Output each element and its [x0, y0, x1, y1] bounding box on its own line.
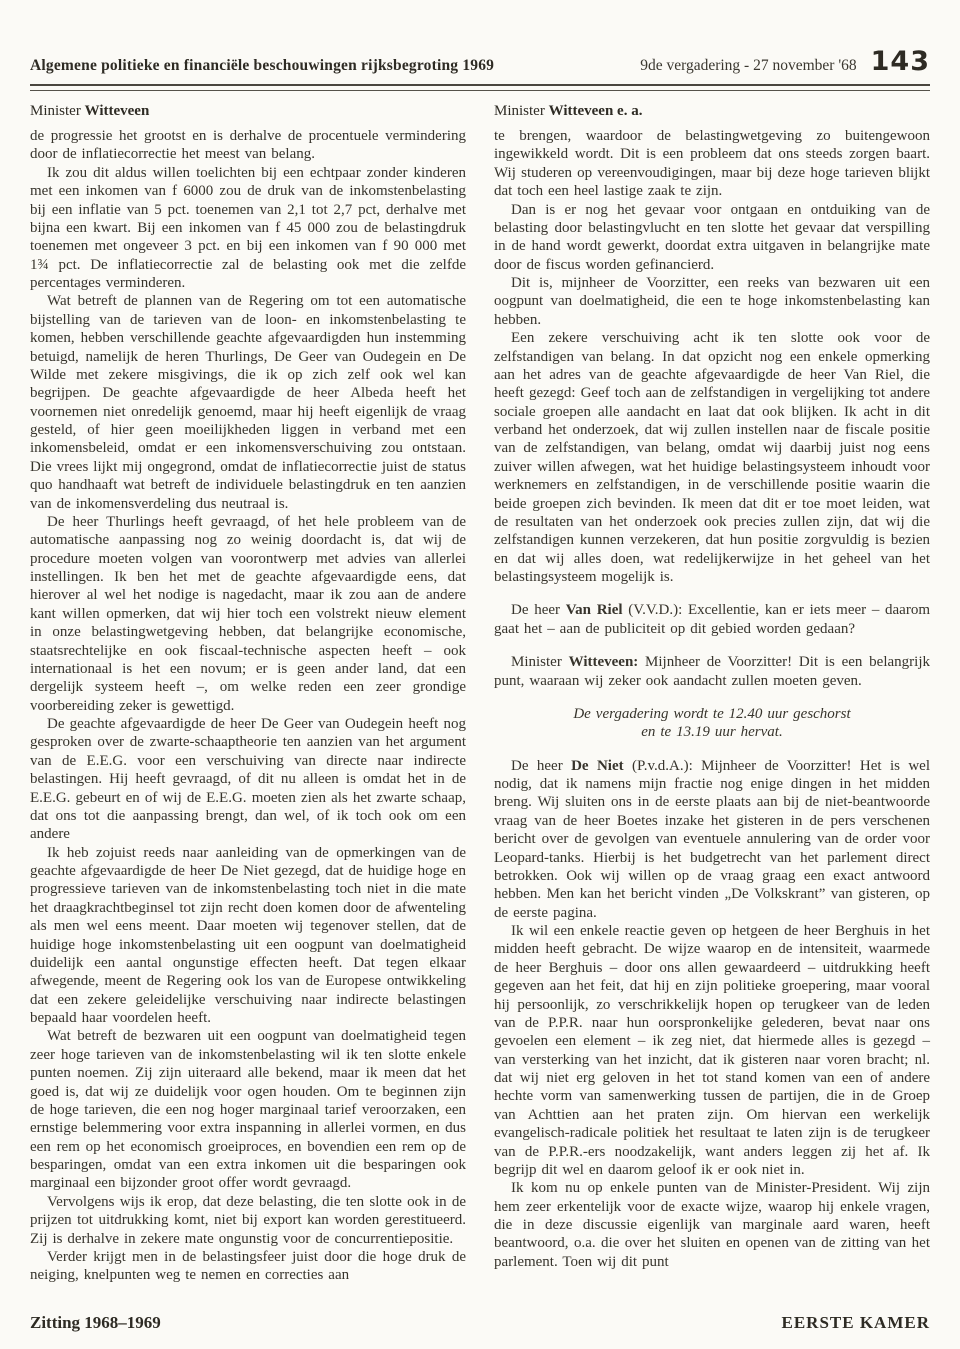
column-left: Minister Witteveen de progressie het gro… [30, 103, 466, 1285]
column-left-body: de progressie het grootst en is derhalve… [30, 127, 466, 1285]
paragraph: Vervolgens wijs ik erop, dat deze belast… [30, 1193, 466, 1248]
columns: Minister Witteveen de progressie het gro… [30, 103, 930, 1285]
column-right: Minister Witteveen e. a. te brengen, waa… [494, 103, 930, 1285]
text-segment: (P.v.d.A.): Mijnheer de Voorzitter! Het … [494, 758, 930, 921]
paragraph: de progressie het grootst en is derhalve… [30, 127, 466, 164]
footer-session: Zitting 1968–1969 [30, 1313, 161, 1333]
header-right: 9de vergadering - 27 november '68 143 [640, 48, 930, 75]
column-right-body: te brengen, waardoor de belastingwetgevi… [494, 127, 930, 1271]
paragraph: Ik wil een enkele reactie geven op hetge… [494, 922, 930, 1179]
text-segment: Witteveen: [569, 654, 639, 670]
text-segment: Minister [30, 103, 85, 119]
paragraph: Ik heb zojuist reeds naar aanleiding van… [30, 844, 466, 1028]
paragraph: Dan is er nog het gevaar voor ontgaan en… [494, 201, 930, 275]
paragraph: Verder krijgt men in de belastingsfeer j… [30, 1248, 466, 1285]
column-right-heading: Minister Witteveen e. a. [494, 103, 930, 120]
text-segment: De Niet [571, 758, 624, 774]
paragraph: De vergadering wordt te 12.40 uur gescho… [494, 705, 930, 723]
scan-page: Algemene politieke en financiële beschou… [0, 0, 960, 1349]
page-header: Algemene politieke en financiële beschou… [30, 0, 930, 75]
text-segment: Minister [494, 103, 549, 119]
paragraph: De heer Van Riel (V.V.D.): Excellentie, … [494, 601, 930, 638]
footer-chamber: EERSTE KAMER [782, 1313, 931, 1333]
page-title: Algemene politieke en financiële beschou… [30, 57, 494, 75]
paragraph: Wat betreft de plannen van de Regering o… [30, 292, 466, 513]
page-footer: Zitting 1968–1969 EERSTE KAMER [30, 1313, 930, 1333]
paragraph: Wat betreft de bezwaren uit een oogpunt … [30, 1027, 466, 1192]
paragraph: De geachte afgevaardigde de heer De Geer… [30, 715, 466, 844]
paragraph: Dit is, mijnheer de Voorzitter, een reek… [494, 274, 930, 329]
paragraph: Ik zou dit aldus willen toelichten bij e… [30, 164, 466, 293]
paragraph: De heer Thurlings heeft gevraagd, of het… [30, 513, 466, 715]
text-segment: Witteveen e. a. [549, 103, 643, 119]
page-number: 143 [871, 48, 930, 75]
paragraph: te brengen, waardoor de belastingwetgevi… [494, 127, 930, 201]
column-left-heading: Minister Witteveen [30, 103, 466, 120]
paragraph: Minister Witteveen: Mijnheer de Voorzitt… [494, 653, 930, 690]
paragraph: Ik kom nu op enkele punten van de Minist… [494, 1179, 930, 1271]
paragraph: Een zekere verschuiving acht ik ten slot… [494, 329, 930, 586]
text-segment: De heer [511, 602, 566, 618]
paragraph: De heer De Niet (P.v.d.A.): Mijnheer de … [494, 757, 930, 922]
session-info: 9de vergadering - 27 november '68 [640, 57, 856, 75]
paragraph: en te 13.19 uur hervat. [494, 723, 930, 741]
header-rule [30, 84, 930, 91]
text-segment: Minister [511, 654, 569, 670]
text-segment: Witteveen [85, 103, 150, 119]
text-segment: De heer [511, 758, 571, 774]
text-segment: Van Riel [566, 602, 623, 618]
